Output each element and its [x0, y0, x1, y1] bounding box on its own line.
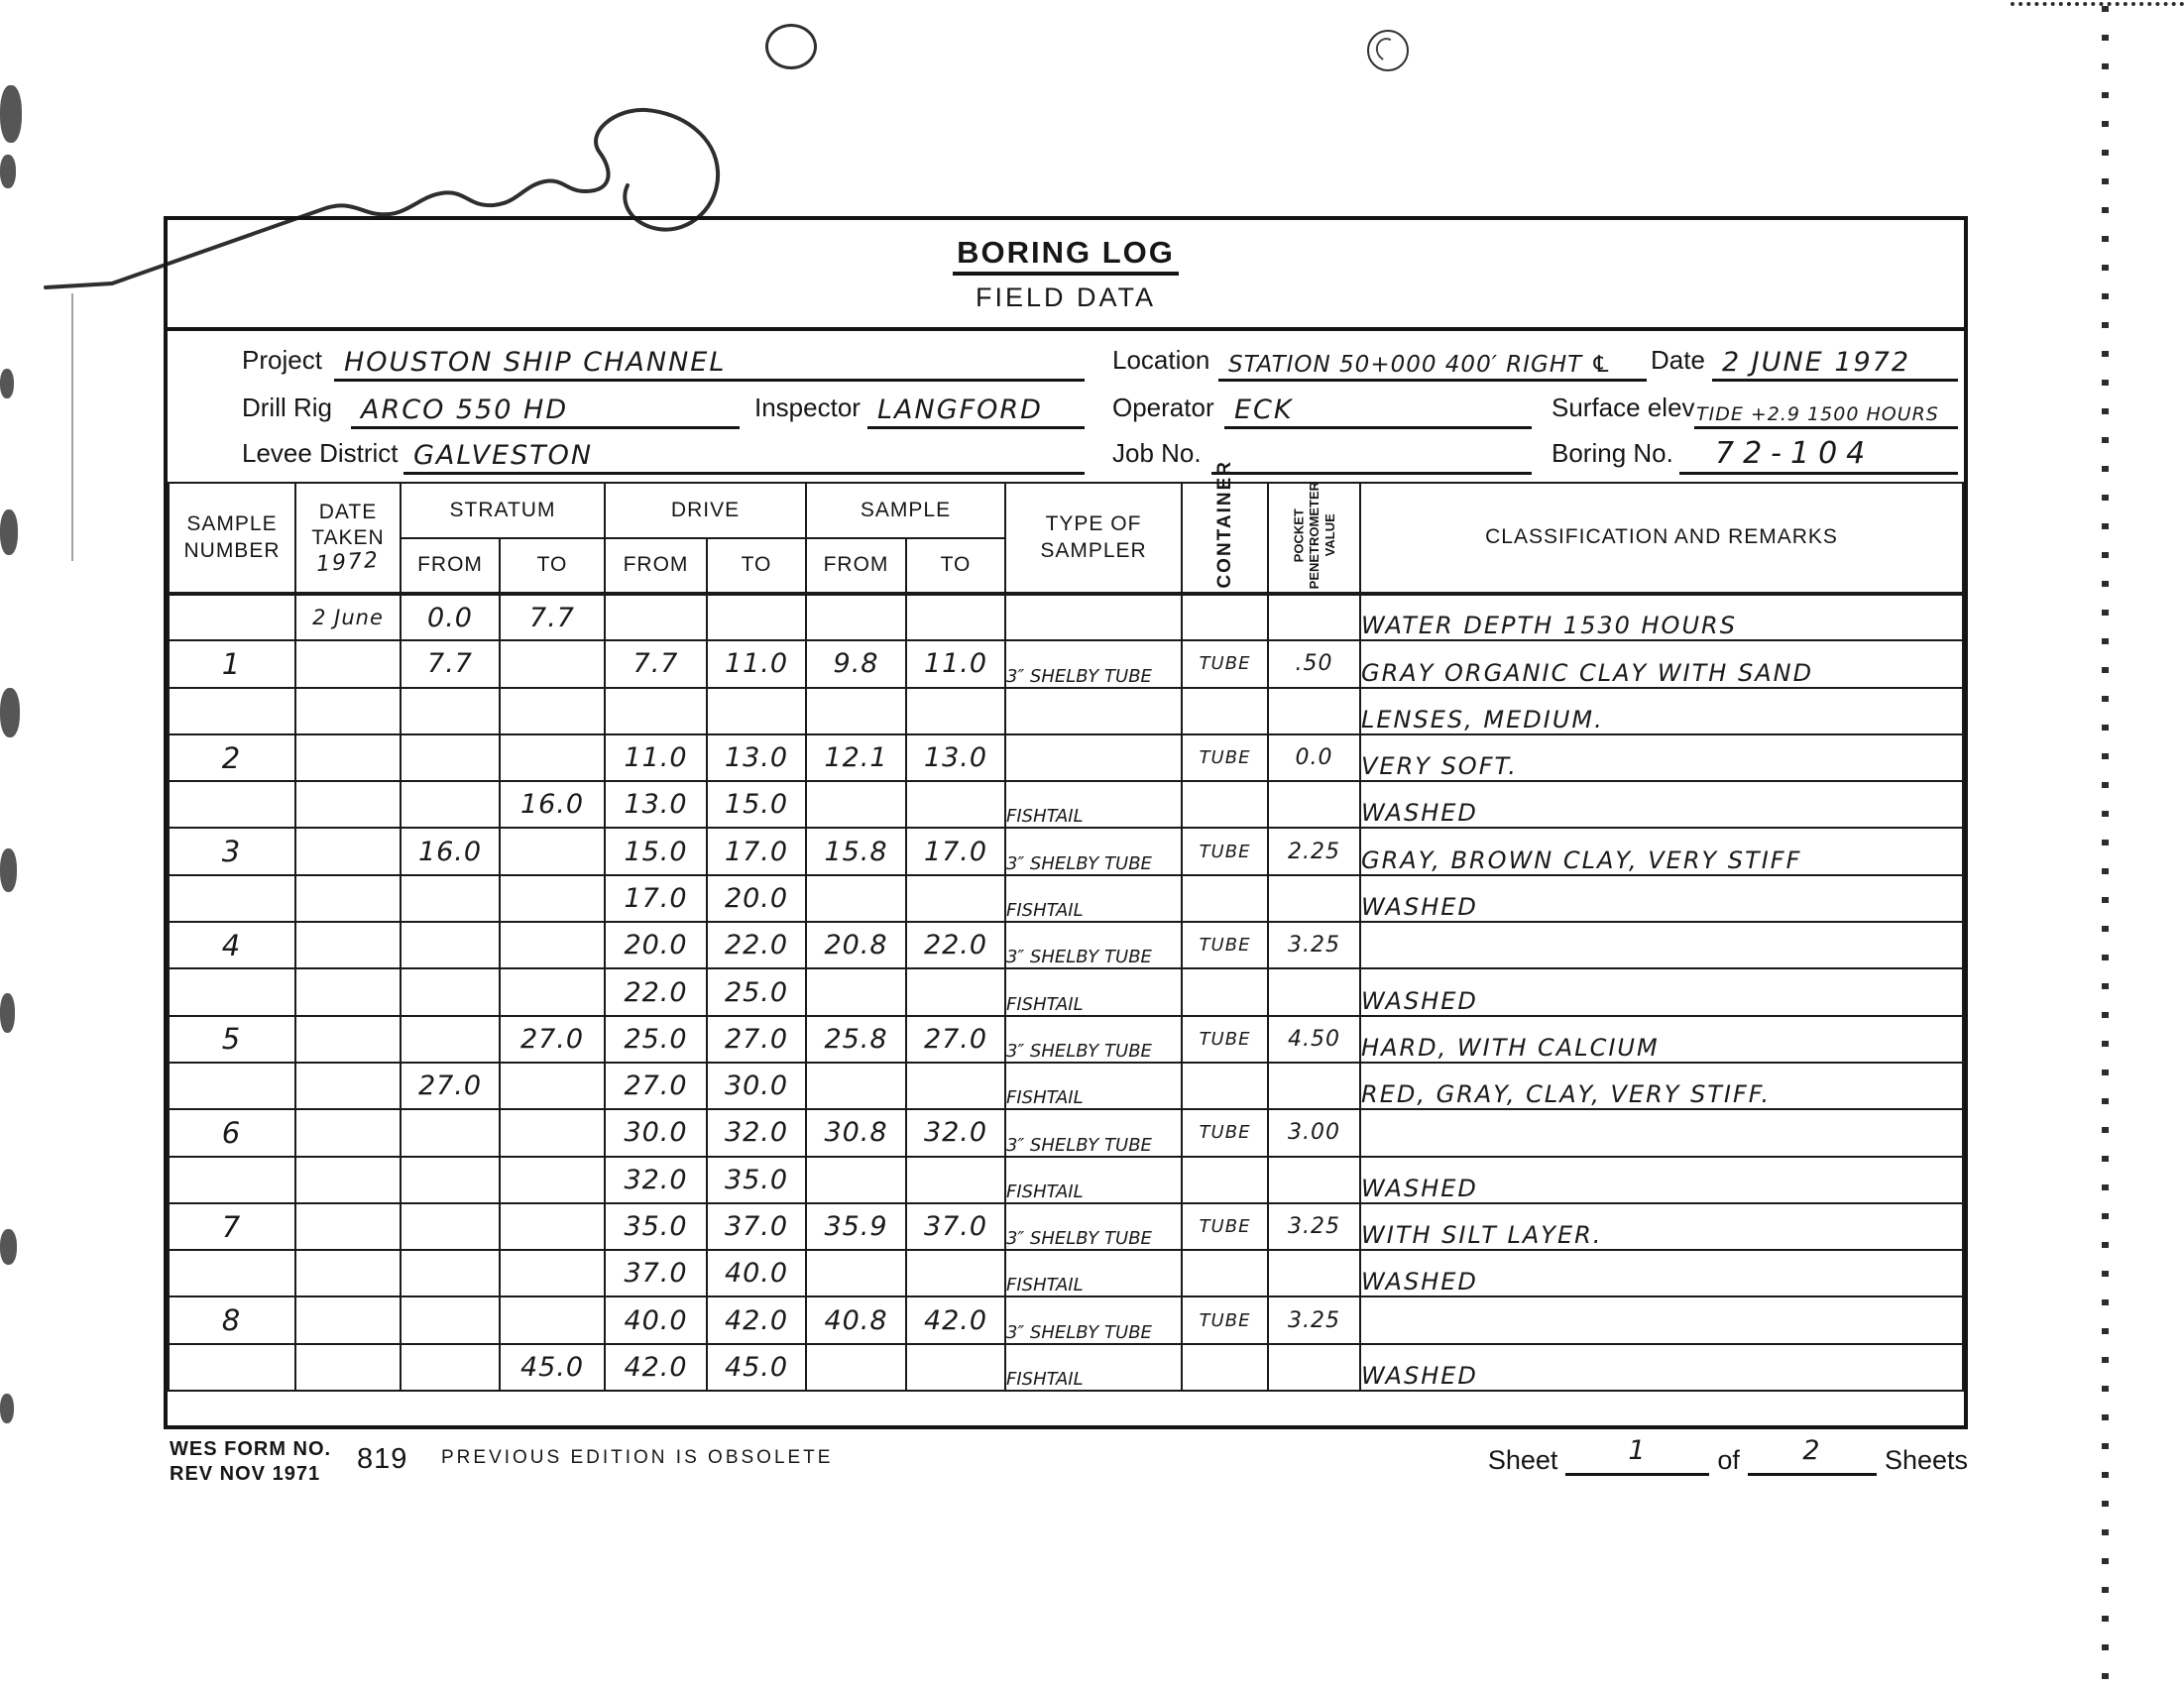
wes-form-no: WES FORM NO. REV NOV 1971 — [170, 1437, 331, 1487]
cell-date-taken — [295, 640, 401, 687]
cell-sample-to — [906, 875, 1005, 922]
surface-elev-label: Surface elev — [1552, 393, 1695, 423]
cell-type-of-sampler: FISHTAIL — [1005, 1157, 1182, 1203]
cell-stratum-to — [500, 734, 605, 781]
cell-remarks: WITH SILT LAYER. — [1360, 1203, 1963, 1250]
cell-pocket-penetrometer: .50 — [1268, 640, 1360, 687]
cell-drive-from: 42.0 — [605, 1344, 707, 1391]
cell-remarks: WASHED — [1360, 968, 1963, 1015]
cell-drive-to: 35.0 — [707, 1157, 806, 1203]
cell-sample-from: 15.8 — [806, 828, 906, 874]
cell-drive-from: 15.0 — [605, 828, 707, 874]
cell-container — [1182, 1250, 1268, 1296]
table-row: 420.022.020.822.03″ SHELBY TUBETUBE3.25 — [169, 922, 1963, 968]
cell-date-taken — [295, 1016, 401, 1063]
cell-type-of-sampler: 3″ SHELBY TUBE — [1005, 828, 1182, 874]
cell-sample-number: 7 — [169, 1203, 295, 1250]
cell-type-of-sampler: 3″ SHELBY TUBE — [1005, 922, 1182, 968]
cell-container: TUBE — [1182, 1016, 1268, 1063]
cell-sample-from — [806, 1344, 906, 1391]
cell-container — [1182, 594, 1268, 640]
cell-sample-number — [169, 1157, 295, 1203]
sheet-number-value: 1 — [1628, 1435, 1647, 1466]
cell-remarks — [1360, 922, 1963, 968]
cell-drive-to: 20.0 — [707, 875, 806, 922]
cell-sample-number — [169, 875, 295, 922]
date-field: 2 JUNE 1972 — [1712, 337, 1958, 382]
wes-form-no-line1: WES FORM NO. — [170, 1437, 331, 1462]
cell-stratum-to — [500, 640, 605, 687]
cell-pocket-penetrometer: 3.00 — [1268, 1109, 1360, 1156]
cell-drive-to: 22.0 — [707, 922, 806, 968]
cell-pocket-penetrometer — [1268, 1063, 1360, 1109]
cell-drive-from: 17.0 — [605, 875, 707, 922]
header-sample-to: TO — [906, 538, 1005, 594]
cell-drive-to: 30.0 — [707, 1063, 806, 1109]
cell-container: TUBE — [1182, 828, 1268, 874]
cell-drive-to: 40.0 — [707, 1250, 806, 1296]
obsolete-note: PREVIOUS EDITION IS OBSOLETE — [441, 1447, 833, 1469]
cell-stratum-from — [401, 688, 500, 734]
header-drive-from: FROM — [605, 538, 707, 594]
cell-pocket-penetrometer: 3.25 — [1268, 1203, 1360, 1250]
cell-container — [1182, 875, 1268, 922]
cell-sample-to: 11.0 — [906, 640, 1005, 687]
cell-drive-to: 37.0 — [707, 1203, 806, 1250]
header-classification: CLASSIFICATION AND REMARKS — [1360, 483, 1963, 594]
cell-drive-from: 20.0 — [605, 922, 707, 968]
cell-sample-number: 3 — [169, 828, 295, 874]
cell-container — [1182, 1063, 1268, 1109]
drill-rig-label: Drill Rig — [242, 393, 332, 423]
scan-smudge — [0, 1229, 17, 1265]
project-field: HOUSTON SHIP CHANNEL — [334, 337, 1085, 382]
cell-stratum-to: 16.0 — [500, 781, 605, 828]
cell-sample-from — [806, 875, 906, 922]
table-row: 17.020.0FISHTAILWASHED — [169, 875, 1963, 922]
table-row: 37.040.0FISHTAILWASHED — [169, 1250, 1963, 1296]
cell-drive-to: 32.0 — [707, 1109, 806, 1156]
cell-sample-from: 9.8 — [806, 640, 906, 687]
cell-pocket-penetrometer — [1268, 1344, 1360, 1391]
table-row: 735.037.035.937.03″ SHELBY TUBETUBE3.25W… — [169, 1203, 1963, 1250]
cell-container: TUBE — [1182, 640, 1268, 687]
cell-pocket-penetrometer — [1268, 1250, 1360, 1296]
form-title-section: BORING LOG FIELD DATA — [168, 220, 1964, 331]
scan-smudge — [0, 85, 22, 143]
sheet-number-field: 1 — [1565, 1435, 1709, 1476]
table-row: 840.042.040.842.03″ SHELBY TUBETUBE3.25 — [169, 1296, 1963, 1343]
scan-smudge — [0, 688, 20, 737]
table-row: 630.032.030.832.03″ SHELBY TUBETUBE3.00 — [169, 1109, 1963, 1156]
punch-hole — [1367, 30, 1409, 71]
cell-stratum-from — [401, 922, 500, 968]
project-label: Project — [242, 345, 322, 376]
cell-date-taken — [295, 688, 401, 734]
of-label: of — [1717, 1445, 1740, 1476]
cell-pocket-penetrometer: 3.25 — [1268, 1296, 1360, 1343]
header-drive-to: TO — [707, 538, 806, 594]
form-number: 819 — [357, 1443, 407, 1476]
cell-stratum-from — [401, 781, 500, 828]
cell-sample-from — [806, 781, 906, 828]
operator-field: ECK — [1224, 385, 1532, 429]
cell-sample-number — [169, 968, 295, 1015]
location-field: STATION 50+000 400′ RIGHT ℄ — [1218, 337, 1647, 382]
header-pocket-penetrometer: POCKET PENETROMETER VALUE — [1268, 483, 1360, 594]
header-stratum-to: TO — [500, 538, 605, 594]
cell-drive-to: 11.0 — [707, 640, 806, 687]
cell-sample-from: 25.8 — [806, 1016, 906, 1063]
cell-date-taken — [295, 1157, 401, 1203]
table-row: 27.027.030.0FISHTAILRED, GRAY, CLAY, VER… — [169, 1063, 1963, 1109]
cell-date-taken — [295, 1109, 401, 1156]
cell-sample-to — [906, 688, 1005, 734]
cell-date-taken — [295, 1250, 401, 1296]
cell-pocket-penetrometer: 3.25 — [1268, 922, 1360, 968]
paper-edge-shadow — [71, 293, 73, 561]
cell-date-taken — [295, 875, 401, 922]
cell-sample-from — [806, 594, 906, 640]
cell-drive-to: 27.0 — [707, 1016, 806, 1063]
cell-remarks: RED, GRAY, CLAY, VERY STIFF. — [1360, 1063, 1963, 1109]
cell-type-of-sampler: FISHTAIL — [1005, 968, 1182, 1015]
cell-remarks: WASHED — [1360, 1157, 1963, 1203]
cell-pocket-penetrometer: 2.25 — [1268, 828, 1360, 874]
cell-drive-from: 22.0 — [605, 968, 707, 1015]
cell-remarks — [1360, 1109, 1963, 1156]
inspector-field: LANGFORD — [867, 385, 1085, 429]
cell-sample-from: 40.8 — [806, 1296, 906, 1343]
cell-date-taken — [295, 734, 401, 781]
cell-pocket-penetrometer — [1268, 968, 1360, 1015]
cell-drive-to: 13.0 — [707, 734, 806, 781]
form-info-section: Project HOUSTON SHIP CHANNEL Location ST… — [168, 331, 1964, 482]
cell-type-of-sampler: 3″ SHELBY TUBE — [1005, 1296, 1182, 1343]
table-row: LENSES, MEDIUM. — [169, 688, 1963, 734]
scan-smudge — [0, 848, 17, 892]
cell-container — [1182, 781, 1268, 828]
cell-sample-to: 13.0 — [906, 734, 1005, 781]
header-date-taken: DATE TAKEN 1972 — [295, 483, 401, 594]
cell-pocket-penetrometer — [1268, 1157, 1360, 1203]
cell-sample-number — [169, 1344, 295, 1391]
cell-type-of-sampler: FISHTAIL — [1005, 1063, 1182, 1109]
cell-stratum-to: 27.0 — [500, 1016, 605, 1063]
header-type-of-sampler: TYPE OF SAMPLER — [1005, 483, 1182, 594]
cell-date-taken — [295, 781, 401, 828]
cell-date-taken: 2 June — [295, 594, 401, 640]
cell-stratum-from — [401, 1203, 500, 1250]
header-stratum-from: FROM — [401, 538, 500, 594]
cell-stratum-from — [401, 734, 500, 781]
table-row: 22.025.0FISHTAILWASHED — [169, 968, 1963, 1015]
sheets-total-value: 2 — [1802, 1435, 1821, 1466]
cell-type-of-sampler: 3″ SHELBY TUBE — [1005, 1203, 1182, 1250]
cell-sample-to: 22.0 — [906, 922, 1005, 968]
cell-drive-to: 15.0 — [707, 781, 806, 828]
cell-stratum-from: 27.0 — [401, 1063, 500, 1109]
inspector-label: Inspector — [754, 393, 861, 423]
project-value: HOUSTON SHIP CHANNEL — [334, 347, 732, 379]
cell-sample-to: 17.0 — [906, 828, 1005, 874]
sheets-total-field: 2 — [1748, 1435, 1877, 1476]
location-value: STATION 50+000 400′ RIGHT ℄ — [1218, 352, 1618, 379]
cell-drive-to: 42.0 — [707, 1296, 806, 1343]
cell-sample-to — [906, 781, 1005, 828]
job-no-field — [1211, 430, 1532, 475]
table-row: 527.025.027.025.827.03″ SHELBY TUBETUBE4… — [169, 1016, 1963, 1063]
sheet-label: Sheet — [1488, 1445, 1558, 1476]
cell-drive-from: 7.7 — [605, 640, 707, 687]
operator-label: Operator — [1112, 393, 1214, 423]
cell-stratum-to — [500, 1203, 605, 1250]
cell-stratum-from — [401, 1250, 500, 1296]
table-row: 211.013.012.113.0TUBE0.0VERY SOFT. — [169, 734, 1963, 781]
cell-sample-number: 2 — [169, 734, 295, 781]
cell-container — [1182, 688, 1268, 734]
scan-smudge — [0, 509, 18, 555]
cell-date-taken — [295, 1296, 401, 1343]
boring-no-field: 72-104 — [1679, 430, 1958, 475]
cell-stratum-to — [500, 828, 605, 874]
cell-sample-from — [806, 1157, 906, 1203]
surface-elev-value: TIDE +2.9 1500 HOURS — [1694, 403, 1945, 426]
perforation-dots-top — [2011, 2, 2184, 6]
cell-sample-to: 32.0 — [906, 1109, 1005, 1156]
header-drive: DRIVE — [605, 483, 806, 538]
cell-pocket-penetrometer — [1268, 594, 1360, 640]
operator-value: ECK — [1224, 394, 1300, 426]
cell-type-of-sampler: FISHTAIL — [1005, 781, 1182, 828]
form-footer: WES FORM NO. REV NOV 1971 819 PREVIOUS E… — [164, 1435, 1968, 1505]
cell-type-of-sampler: FISHTAIL — [1005, 1250, 1182, 1296]
levee-district-label: Levee District — [242, 438, 399, 469]
cell-drive-to — [707, 594, 806, 640]
cell-drive-from: 11.0 — [605, 734, 707, 781]
cell-pocket-penetrometer — [1268, 781, 1360, 828]
cell-sample-number: 5 — [169, 1016, 295, 1063]
cell-stratum-to — [500, 922, 605, 968]
cell-drive-to — [707, 688, 806, 734]
cell-stratum-from — [401, 1344, 500, 1391]
boring-log-table: SAMPLE NUMBER DATE TAKEN 1972 STRATUM DR… — [168, 482, 1964, 1392]
cell-sample-from: 12.1 — [806, 734, 906, 781]
sheets-label: Sheets — [1885, 1445, 1968, 1476]
cell-sample-number — [169, 1250, 295, 1296]
cell-type-of-sampler: 3″ SHELBY TUBE — [1005, 1109, 1182, 1156]
cell-container: TUBE — [1182, 1296, 1268, 1343]
cell-container: TUBE — [1182, 734, 1268, 781]
cell-drive-from: 32.0 — [605, 1157, 707, 1203]
cell-remarks: WASHED — [1360, 875, 1963, 922]
cell-stratum-from: 7.7 — [401, 640, 500, 687]
table-row: 17.77.711.09.811.03″ SHELBY TUBETUBE.50G… — [169, 640, 1963, 687]
surface-elev-field: TIDE +2.9 1500 HOURS — [1694, 385, 1958, 429]
cell-sample-to — [906, 594, 1005, 640]
cell-container: TUBE — [1182, 922, 1268, 968]
log-table-body: 2 June0.07.7WATER DEPTH 1530 HOURS17.77.… — [169, 594, 1963, 1391]
cell-date-taken — [295, 1203, 401, 1250]
cell-sample-number — [169, 1063, 295, 1109]
header-sample-from: FROM — [806, 538, 906, 594]
scan-smudge — [0, 993, 15, 1033]
cell-date-taken — [295, 1344, 401, 1391]
cell-pocket-penetrometer — [1268, 875, 1360, 922]
scan-smudge — [0, 155, 16, 188]
cell-drive-to: 45.0 — [707, 1344, 806, 1391]
cell-date-taken — [295, 828, 401, 874]
cell-drive-from: 35.0 — [605, 1203, 707, 1250]
cell-sample-from — [806, 688, 906, 734]
cell-stratum-to — [500, 875, 605, 922]
wes-form-no-line2: REV NOV 1971 — [170, 1462, 331, 1487]
inspector-value: LANGFORD — [867, 394, 1049, 426]
cell-type-of-sampler — [1005, 688, 1182, 734]
cell-stratum-from — [401, 1109, 500, 1156]
cell-sample-from: 20.8 — [806, 922, 906, 968]
cell-sample-to: 27.0 — [906, 1016, 1005, 1063]
boring-no-value: 72-104 — [1679, 436, 1880, 472]
cell-sample-from — [806, 1063, 906, 1109]
cell-drive-to: 25.0 — [707, 968, 806, 1015]
cell-container: TUBE — [1182, 1203, 1268, 1250]
cell-sample-number — [169, 594, 295, 640]
cell-stratum-to — [500, 1296, 605, 1343]
cell-sample-to: 37.0 — [906, 1203, 1005, 1250]
table-row: 32.035.0FISHTAILWASHED — [169, 1157, 1963, 1203]
cell-remarks: WASHED — [1360, 1250, 1963, 1296]
cell-sample-to — [906, 1250, 1005, 1296]
cell-sample-from: 30.8 — [806, 1109, 906, 1156]
cell-stratum-from: 16.0 — [401, 828, 500, 874]
cell-drive-from — [605, 688, 707, 734]
cell-sample-number: 4 — [169, 922, 295, 968]
punch-hole — [765, 24, 817, 69]
cell-container — [1182, 968, 1268, 1015]
cell-type-of-sampler: 3″ SHELBY TUBE — [1005, 640, 1182, 687]
drill-rig-field: ARCO 550 HD — [351, 385, 740, 429]
cell-sample-number: 6 — [169, 1109, 295, 1156]
boring-log-form: BORING LOG FIELD DATA Project HOUSTON SH… — [164, 216, 1968, 1429]
page-title: BORING LOG — [953, 235, 1179, 276]
cell-container — [1182, 1157, 1268, 1203]
cell-sample-from — [806, 1250, 906, 1296]
cell-container — [1182, 1344, 1268, 1391]
drill-rig-value: ARCO 550 HD — [351, 394, 574, 426]
cell-drive-from: 25.0 — [605, 1016, 707, 1063]
cell-sample-number — [169, 781, 295, 828]
cell-sample-from: 35.9 — [806, 1203, 906, 1250]
cell-sample-to — [906, 1063, 1005, 1109]
cell-sample-number — [169, 688, 295, 734]
cell-sample-to — [906, 1344, 1005, 1391]
cell-remarks: WASHED — [1360, 1344, 1963, 1391]
cell-remarks — [1360, 1296, 1963, 1343]
cell-type-of-sampler — [1005, 734, 1182, 781]
cell-stratum-from — [401, 1157, 500, 1203]
cell-remarks: LENSES, MEDIUM. — [1360, 688, 1963, 734]
cell-sample-number: 8 — [169, 1296, 295, 1343]
cell-type-of-sampler: FISHTAIL — [1005, 875, 1182, 922]
header-year-handwritten: 1972 — [295, 545, 401, 580]
cell-sample-to — [906, 1157, 1005, 1203]
cell-stratum-from — [401, 1016, 500, 1063]
cell-drive-from — [605, 594, 707, 640]
scan-smudge — [0, 369, 14, 398]
job-no-label: Job No. — [1112, 438, 1202, 469]
cell-drive-from: 27.0 — [605, 1063, 707, 1109]
cell-remarks: VERY SOFT. — [1360, 734, 1963, 781]
cell-drive-from: 30.0 — [605, 1109, 707, 1156]
cell-stratum-to — [500, 688, 605, 734]
cell-date-taken — [295, 968, 401, 1015]
cell-drive-to: 17.0 — [707, 828, 806, 874]
header-pocket-penetrometer-label: POCKET PENETROMETER VALUE — [1291, 482, 1337, 589]
cell-pocket-penetrometer: 4.50 — [1268, 1016, 1360, 1063]
cell-remarks: WASHED — [1360, 781, 1963, 828]
header-container: CONTAINER — [1182, 483, 1268, 594]
sheet-count-line: Sheet 1 of 2 Sheets — [1488, 1435, 1968, 1476]
cell-stratum-from — [401, 1296, 500, 1343]
levee-district-field: GALVESTON — [403, 430, 1085, 475]
cell-stratum-to — [500, 968, 605, 1015]
cell-container: TUBE — [1182, 1109, 1268, 1156]
cell-drive-from: 40.0 — [605, 1296, 707, 1343]
cell-stratum-from — [401, 875, 500, 922]
cell-type-of-sampler — [1005, 594, 1182, 640]
cell-date-taken — [295, 922, 401, 968]
location-label: Location — [1112, 345, 1209, 376]
cell-stratum-to — [500, 1250, 605, 1296]
cell-sample-to — [906, 968, 1005, 1015]
page-subtitle: FIELD DATA — [976, 282, 1156, 313]
cell-drive-from: 37.0 — [605, 1250, 707, 1296]
table-row: 316.015.017.015.817.03″ SHELBY TUBETUBE2… — [169, 828, 1963, 874]
cell-remarks: GRAY ORGANIC CLAY WITH SAND — [1360, 640, 1963, 687]
levee-district-value: GALVESTON — [403, 440, 599, 472]
cell-remarks: GRAY, BROWN CLAY, VERY STIFF — [1360, 828, 1963, 874]
header-sample: SAMPLE — [806, 483, 1005, 538]
perforation-dots — [2102, 6, 2109, 1683]
cell-stratum-from — [401, 968, 500, 1015]
cell-remarks: WATER DEPTH 1530 HOURS — [1360, 594, 1963, 640]
cell-pocket-penetrometer — [1268, 688, 1360, 734]
cell-stratum-to: 7.7 — [500, 594, 605, 640]
cell-stratum-to — [500, 1109, 605, 1156]
cell-stratum-from: 0.0 — [401, 594, 500, 640]
cell-stratum-to — [500, 1063, 605, 1109]
table-row: 45.042.045.0FISHTAILWASHED — [169, 1344, 1963, 1391]
cell-date-taken — [295, 1063, 401, 1109]
table-row: 16.013.015.0FISHTAILWASHED — [169, 781, 1963, 828]
cell-sample-number: 1 — [169, 640, 295, 687]
table-row: 2 June0.07.7WATER DEPTH 1530 HOURS — [169, 594, 1963, 640]
header-sample-number: SAMPLE NUMBER — [169, 483, 295, 594]
cell-type-of-sampler: 3″ SHELBY TUBE — [1005, 1016, 1182, 1063]
boring-no-label: Boring No. — [1552, 438, 1673, 469]
date-label: Date — [1651, 345, 1705, 376]
header-stratum: STRATUM — [401, 483, 605, 538]
cell-remarks: HARD, WITH CALCIUM — [1360, 1016, 1963, 1063]
date-value: 2 JUNE 1972 — [1712, 347, 1916, 379]
cell-sample-to: 42.0 — [906, 1296, 1005, 1343]
scan-smudge — [0, 1394, 14, 1423]
cell-drive-from: 13.0 — [605, 781, 707, 828]
cell-stratum-to — [500, 1157, 605, 1203]
cell-pocket-penetrometer: 0.0 — [1268, 734, 1360, 781]
cell-sample-from — [806, 968, 906, 1015]
